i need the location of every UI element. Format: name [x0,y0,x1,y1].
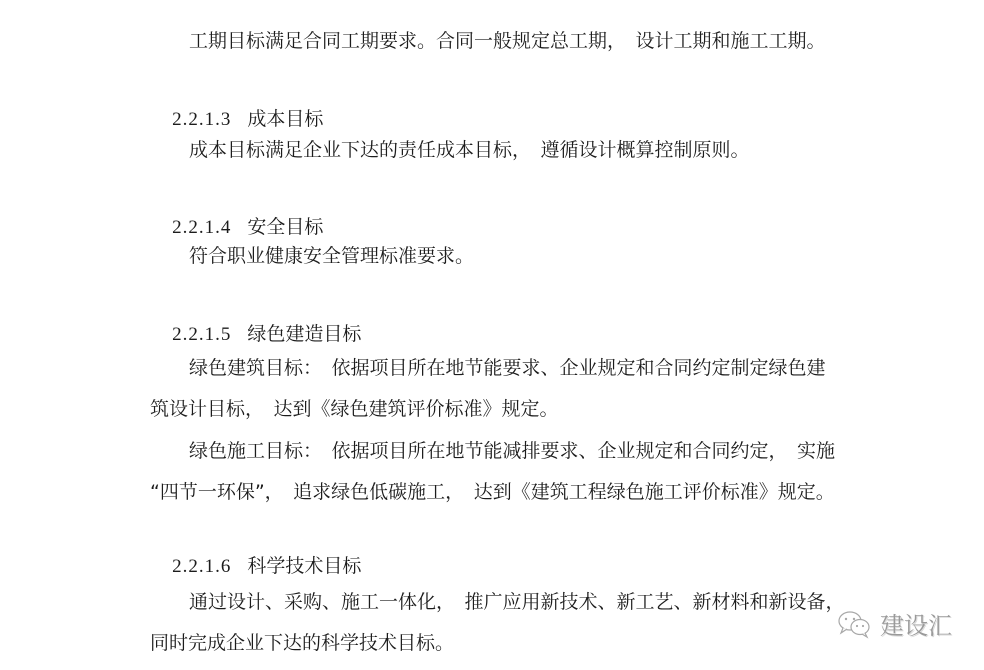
section-number: 2.2.1.4 [172,217,231,238]
section-number: 2.2.1.3 [172,109,231,130]
green-construction-paragraph-line-2: “四节一环保”， 追求绿色低碳施工， 达到《建筑工程绿色施工评价标准》规定。 [150,480,835,504]
tech-paragraph-line-2: 同时完成企业下达的科学技术目标。 [150,631,454,655]
watermark-label: 建设汇 [880,606,952,641]
section-number: 2.2.1.5 [172,324,231,345]
tech-paragraph-line-1: 通过设计、采购、施工一体化， 推广应用新技术、新工艺、新材料和新设备， [189,590,845,614]
wechat-icon [836,609,872,639]
safety-paragraph: 符合职业健康安全管理标准要求。 [189,244,474,268]
section-title: 安全目标 [247,216,323,238]
schedule-paragraph: 工期目标满足合同工期要求。合同一般规定总工期， 设计工期和施工工期。 [189,29,826,53]
green-construction-paragraph-line-1: 绿色施工目标： 依据项目所在地节能减排要求、企业规定和合同约定， 实施 [189,439,835,463]
section-title: 科学技术目标 [247,555,361,577]
watermark: 建设汇 [836,606,952,641]
green-building-paragraph-line-2: 筑设计目标， 达到《绿色建筑评价标准》规定。 [150,397,559,421]
section-title: 成本目标 [247,108,323,130]
cost-paragraph: 成本目标满足企业下达的责任成本目标， 遵循设计概算控制原则。 [189,138,750,162]
section-number: 2.2.1.6 [172,556,231,577]
green-building-paragraph-line-1: 绿色建筑目标： 依据项目所在地节能要求、企业规定和合同约定制定绿色建 [189,356,826,380]
section-title: 绿色建造目标 [247,323,361,345]
